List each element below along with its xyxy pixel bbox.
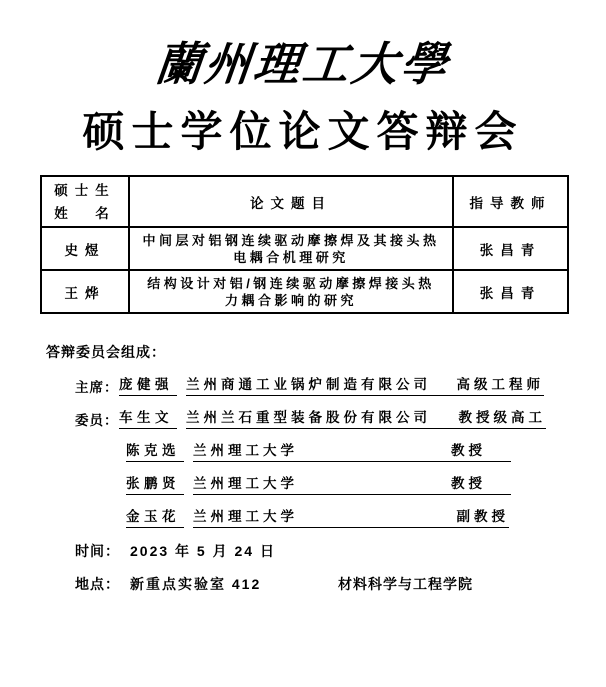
thesis-title-cell: 结构设计对铝/钢连续驱动摩擦焊接头热 力耦合影响的研究	[129, 270, 453, 313]
time-value: 2023 年 5 月 24 日	[130, 543, 276, 559]
header-thesis-title: 论文题目	[129, 176, 453, 227]
committee-member-name: 张鹏贤	[126, 472, 184, 495]
place-row: 地点：新重点实验室 412 材料科学与工程学院	[75, 574, 261, 594]
committee-member-title: 教授级高工	[459, 406, 547, 426]
advisor-name: 张昌青	[453, 270, 568, 313]
committee-role-label: 委员：	[75, 409, 119, 429]
committee-member-name: 陈克选	[126, 439, 184, 462]
time-row: 时间：2023 年 5 月 24 日	[75, 541, 276, 561]
committee-row-member: 金玉花 兰州理工大学 副教授	[75, 509, 509, 528]
place-label: 地点：	[75, 576, 120, 592]
committee-member-org: 兰州理工大学	[193, 439, 298, 459]
committee-member-affiliation: 兰州理工大学 教授	[193, 439, 511, 462]
thesis-title-line1: 中间层对铝钢连续驱动摩擦焊及其接头热	[130, 232, 452, 249]
committee-member-affiliation: 兰州理工大学 副教授	[193, 505, 509, 528]
student-name: 史煜	[41, 227, 129, 270]
committee-member-org: 兰州商通工业锅炉制造有限公司	[186, 373, 431, 393]
committee-row-member: 委员： 车生文 兰州兰石重型装备股份有限公司 教授级高工	[75, 410, 546, 429]
committee-row-chair: 主席： 庞健强 兰州商通工业锅炉制造有限公司 高级工程师	[75, 377, 544, 396]
committee-member-org: 兰州兰石重型装备股份有限公司	[186, 406, 431, 426]
committee-member-org: 兰州理工大学	[193, 472, 298, 492]
university-logo-calligraphy: 蘭州理工大學	[0, 28, 606, 94]
table-header-row: 硕士生 姓 名 论文题目 指导教师	[41, 176, 568, 227]
place-value: 新重点实验室 412	[130, 576, 261, 592]
committee-member-name: 庞健强	[119, 373, 177, 396]
header-advisor: 指导教师	[453, 176, 568, 227]
header-student-name: 硕士生 姓 名	[41, 176, 129, 227]
committee-member-affiliation: 兰州兰石重型装备股份有限公司 教授级高工	[186, 406, 546, 429]
student-name: 王烨	[41, 270, 129, 313]
header-student-line1: 硕士生	[42, 182, 128, 199]
students-table: 硕士生 姓 名 论文题目 指导教师 史煜 中间层对铝钢连续驱动摩擦焊及其接头热 …	[40, 175, 569, 314]
committee-member-affiliation: 兰州理工大学 教授	[193, 472, 511, 495]
committee-row-member: 张鹏贤 兰州理工大学 教授	[75, 476, 511, 495]
college-name: 材料科学与工程学院	[338, 574, 473, 594]
committee-heading: 答辩委员会组成：	[46, 342, 166, 362]
time-label: 时间：	[75, 543, 120, 559]
table-row: 王烨 结构设计对铝/钢连续驱动摩擦焊接头热 力耦合影响的研究 张昌青	[41, 270, 568, 313]
committee-member-name: 金玉花	[126, 505, 184, 528]
thesis-title-line1: 结构设计对铝/钢连续驱动摩擦焊接头热	[130, 275, 452, 292]
committee-member-title: 副教授	[457, 505, 510, 525]
thesis-title-cell: 中间层对铝钢连续驱动摩擦焊及其接头热 电耦合机理研究	[129, 227, 453, 270]
committee-member-org: 兰州理工大学	[193, 505, 298, 525]
committee-member-title: 高级工程师	[457, 373, 545, 393]
committee-member-affiliation: 兰州商通工业锅炉制造有限公司 高级工程师	[186, 373, 544, 396]
committee-member-title: 教授	[451, 472, 486, 492]
committee-member-title: 教授	[451, 439, 486, 459]
thesis-title-line2: 力耦合影响的研究	[130, 292, 452, 309]
thesis-title-line2: 电耦合机理研究	[130, 249, 452, 266]
advisor-name: 张昌青	[453, 227, 568, 270]
committee-row-member: 陈克选 兰州理工大学 教授	[75, 443, 511, 462]
page-title: 硕士学位论文答辩会	[0, 99, 606, 159]
header-student-line2: 姓 名	[42, 205, 128, 222]
committee-role-label: 主席：	[75, 376, 119, 396]
committee-member-name: 车生文	[119, 406, 177, 429]
defense-notice-document: 蘭州理工大學 硕士学位论文答辩会 硕士生 姓 名 论文题目 指导教师 史煜 中间…	[0, 0, 606, 687]
table-row: 史煜 中间层对铝钢连续驱动摩擦焊及其接头热 电耦合机理研究 张昌青	[41, 227, 568, 270]
